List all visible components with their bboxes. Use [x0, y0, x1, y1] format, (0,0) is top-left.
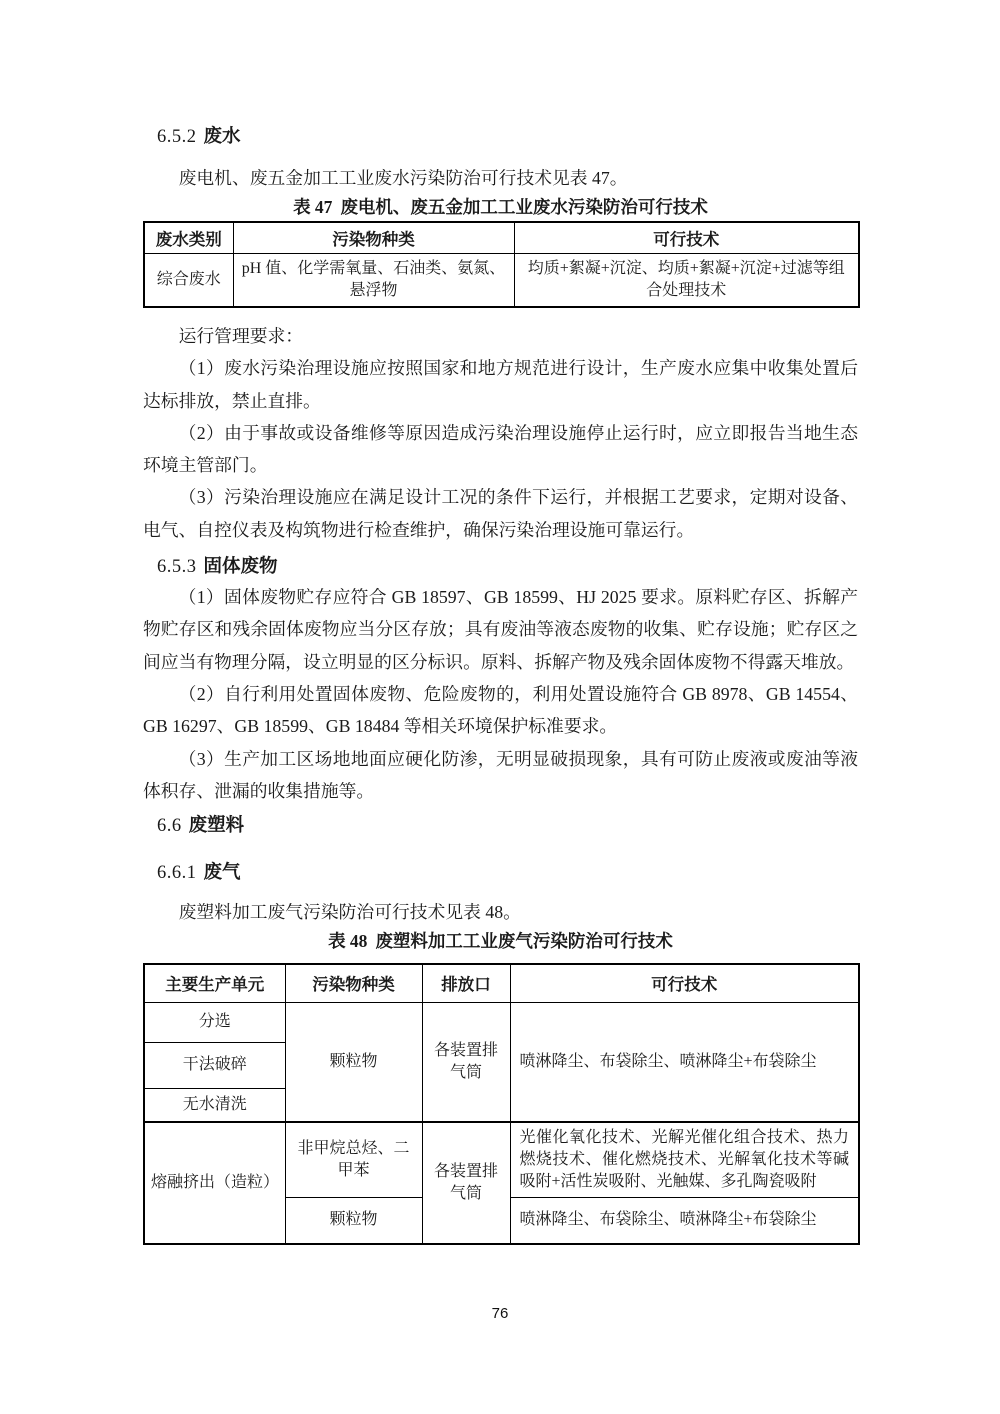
table48-cell-pollutant-nmhc: 非甲烷总烃、二甲苯 — [285, 1122, 422, 1198]
table-47-wastewater-tech: 废水类别 污染物种类 可行技术 综合废水 pH 值、化学需氧量、石油类、氨氮、悬… — [143, 221, 860, 308]
paragraph-solid-item-1: （1）固体废物贮存应符合 GB 18597、GB 18599、HJ 2025 要… — [143, 581, 858, 678]
table48-cell-tech-group1: 喷淋降尘、布袋除尘、喷淋降尘+布袋除尘 — [510, 1002, 859, 1122]
table47-header-pollutants: 污染物种类 — [233, 222, 514, 254]
section-number: 6.5.2 — [157, 127, 197, 147]
table48-cell-unit-dry-crushing: 干法破碎 — [144, 1042, 285, 1088]
paragraph-plastic-intro: 废塑料加工废气污染防治可行技术见表 48。 — [143, 897, 858, 927]
table48-cell-pollutant-group1: 颗粒物 — [285, 1002, 422, 1122]
table48-cell-unit-melt-extrusion: 熔融挤出（造粒） — [144, 1122, 285, 1244]
table47-header-row: 废水类别 污染物种类 可行技术 — [144, 222, 859, 254]
management-requirements-block: 运行管理要求： （1）废水污染治理设施应按照国家和地方规范进行设计，生产废水应集… — [143, 320, 858, 546]
section-number: 6.5.3 — [157, 557, 197, 577]
paragraph-mgmt-item-1: （1）废水污染治理设施应按照国家和地方规范进行设计，生产废水应集中收集处置后达标… — [143, 352, 858, 417]
table48-cell-tech-particulate: 喷淋降尘、布袋除尘、喷淋降尘+布袋除尘 — [510, 1198, 859, 1244]
table48-caption: 表 48废塑料加工工业废气污染防治可行技术 — [143, 927, 858, 955]
table47-cell-category: 综合废水 — [144, 254, 233, 308]
section-number: 6.6 — [157, 816, 182, 836]
table47-header-category: 废水类别 — [144, 222, 233, 254]
table-row: 综合废水 pH 值、化学需氧量、石油类、氨氮、悬浮物 均质+絮凝+沉淀、均质+絮… — [144, 254, 859, 308]
section-heading-66: 6.6废塑料 — [157, 813, 858, 838]
section-title: 废塑料 — [189, 814, 245, 835]
section-title: 固体废物 — [204, 555, 278, 576]
table48-header-pollutant: 污染物种类 — [285, 964, 422, 1002]
section-heading-653: 6.5.3固体废物 — [157, 554, 858, 579]
table48-cell-unit-sorting: 分选 — [144, 1002, 285, 1042]
table-row: 熔融挤出（造粒） 非甲烷总烃、二甲苯 各装置排气筒 光催化氧化技术、光解光催化组… — [144, 1122, 859, 1198]
table47-header-tech: 可行技术 — [514, 222, 859, 254]
page-content: 6.5.2废水 废电机、废五金加工工业废水污染防治可行技术见表 47。 表 47… — [143, 0, 858, 1245]
table48-header-unit: 主要生产单元 — [144, 964, 285, 1002]
table-row: 分选 颗粒物 各装置排气筒 喷淋降尘、布袋除尘、喷淋降尘+布袋除尘 — [144, 1002, 859, 1042]
page-number: 76 — [0, 1305, 1000, 1322]
section-title: 废气 — [204, 861, 241, 882]
table48-cell-outlet-group2: 各装置排气筒 — [422, 1122, 510, 1244]
table48-header-outlet: 排放口 — [422, 964, 510, 1002]
table47-cell-pollutants: pH 值、化学需氧量、石油类、氨氮、悬浮物 — [233, 254, 514, 308]
table48-cell-pollutant-particulate: 颗粒物 — [285, 1198, 422, 1244]
paragraph-mgmt-item-3: （3）污染治理设施应在满足设计工况的条件下运行，并根据工艺要求，定期对设备、电气… — [143, 481, 858, 546]
table47-caption-number: 表 47 — [293, 197, 332, 217]
paragraph-solid-item-3: （3）生产加工区场地地面应硬化防渗，无明显破损现象，具有可防止废液或废油等液体积… — [143, 743, 858, 808]
table47-cell-tech: 均质+絮凝+沉淀、均质+絮凝+沉淀+过滤等组合处理技术 — [514, 254, 859, 308]
table48-header-tech: 可行技术 — [510, 964, 859, 1002]
table48-header-row: 主要生产单元 污染物种类 排放口 可行技术 — [144, 964, 859, 1002]
paragraph-mgmt-item-2: （2）由于事故或设备维修等原因造成污染治理设施停止运行时，应立即报告当地生态环境… — [143, 417, 858, 482]
paragraph-solid-item-2: （2）自行利用处置固体废物、危险废物的，利用处置设施符合 GB 8978、GB … — [143, 678, 858, 743]
paragraph-wastewater-intro: 废电机、废五金加工工业废水污染防治可行技术见表 47。 — [143, 163, 858, 193]
table48-cell-unit-waterless-cleaning: 无水清洗 — [144, 1088, 285, 1122]
section-title: 废水 — [204, 125, 241, 146]
table47-caption: 表 47废电机、废五金加工工业废水污染防治可行技术 — [143, 193, 858, 221]
table47-caption-text: 废电机、废五金加工工业废水污染防治可行技术 — [340, 197, 708, 217]
section-heading-661: 6.6.1废气 — [157, 860, 858, 885]
table48-caption-text: 废塑料加工工业废气污染防治可行技术 — [375, 931, 673, 951]
table48-cell-tech-nmhc: 光催化氧化技术、光解光催化组合技术、热力燃烧技术、催化燃烧技术、光解氧化技术等碱… — [510, 1122, 859, 1198]
solid-waste-block: （1）固体废物贮存应符合 GB 18597、GB 18599、HJ 2025 要… — [143, 581, 858, 807]
section-heading-652: 6.5.2废水 — [157, 124, 858, 149]
table-48-plastic-gas-tech: 主要生产单元 污染物种类 排放口 可行技术 分选 颗粒物 各装置排气筒 喷淋降尘… — [143, 963, 860, 1245]
paragraph-mgmt-title: 运行管理要求： — [143, 320, 858, 352]
table48-cell-outlet-group1: 各装置排气筒 — [422, 1002, 510, 1122]
section-number: 6.6.1 — [157, 863, 197, 883]
table48-caption-number: 表 48 — [328, 931, 367, 951]
document-page: 6.5.2废水 废电机、废五金加工工业废水污染防治可行技术见表 47。 表 47… — [0, 0, 1000, 1414]
